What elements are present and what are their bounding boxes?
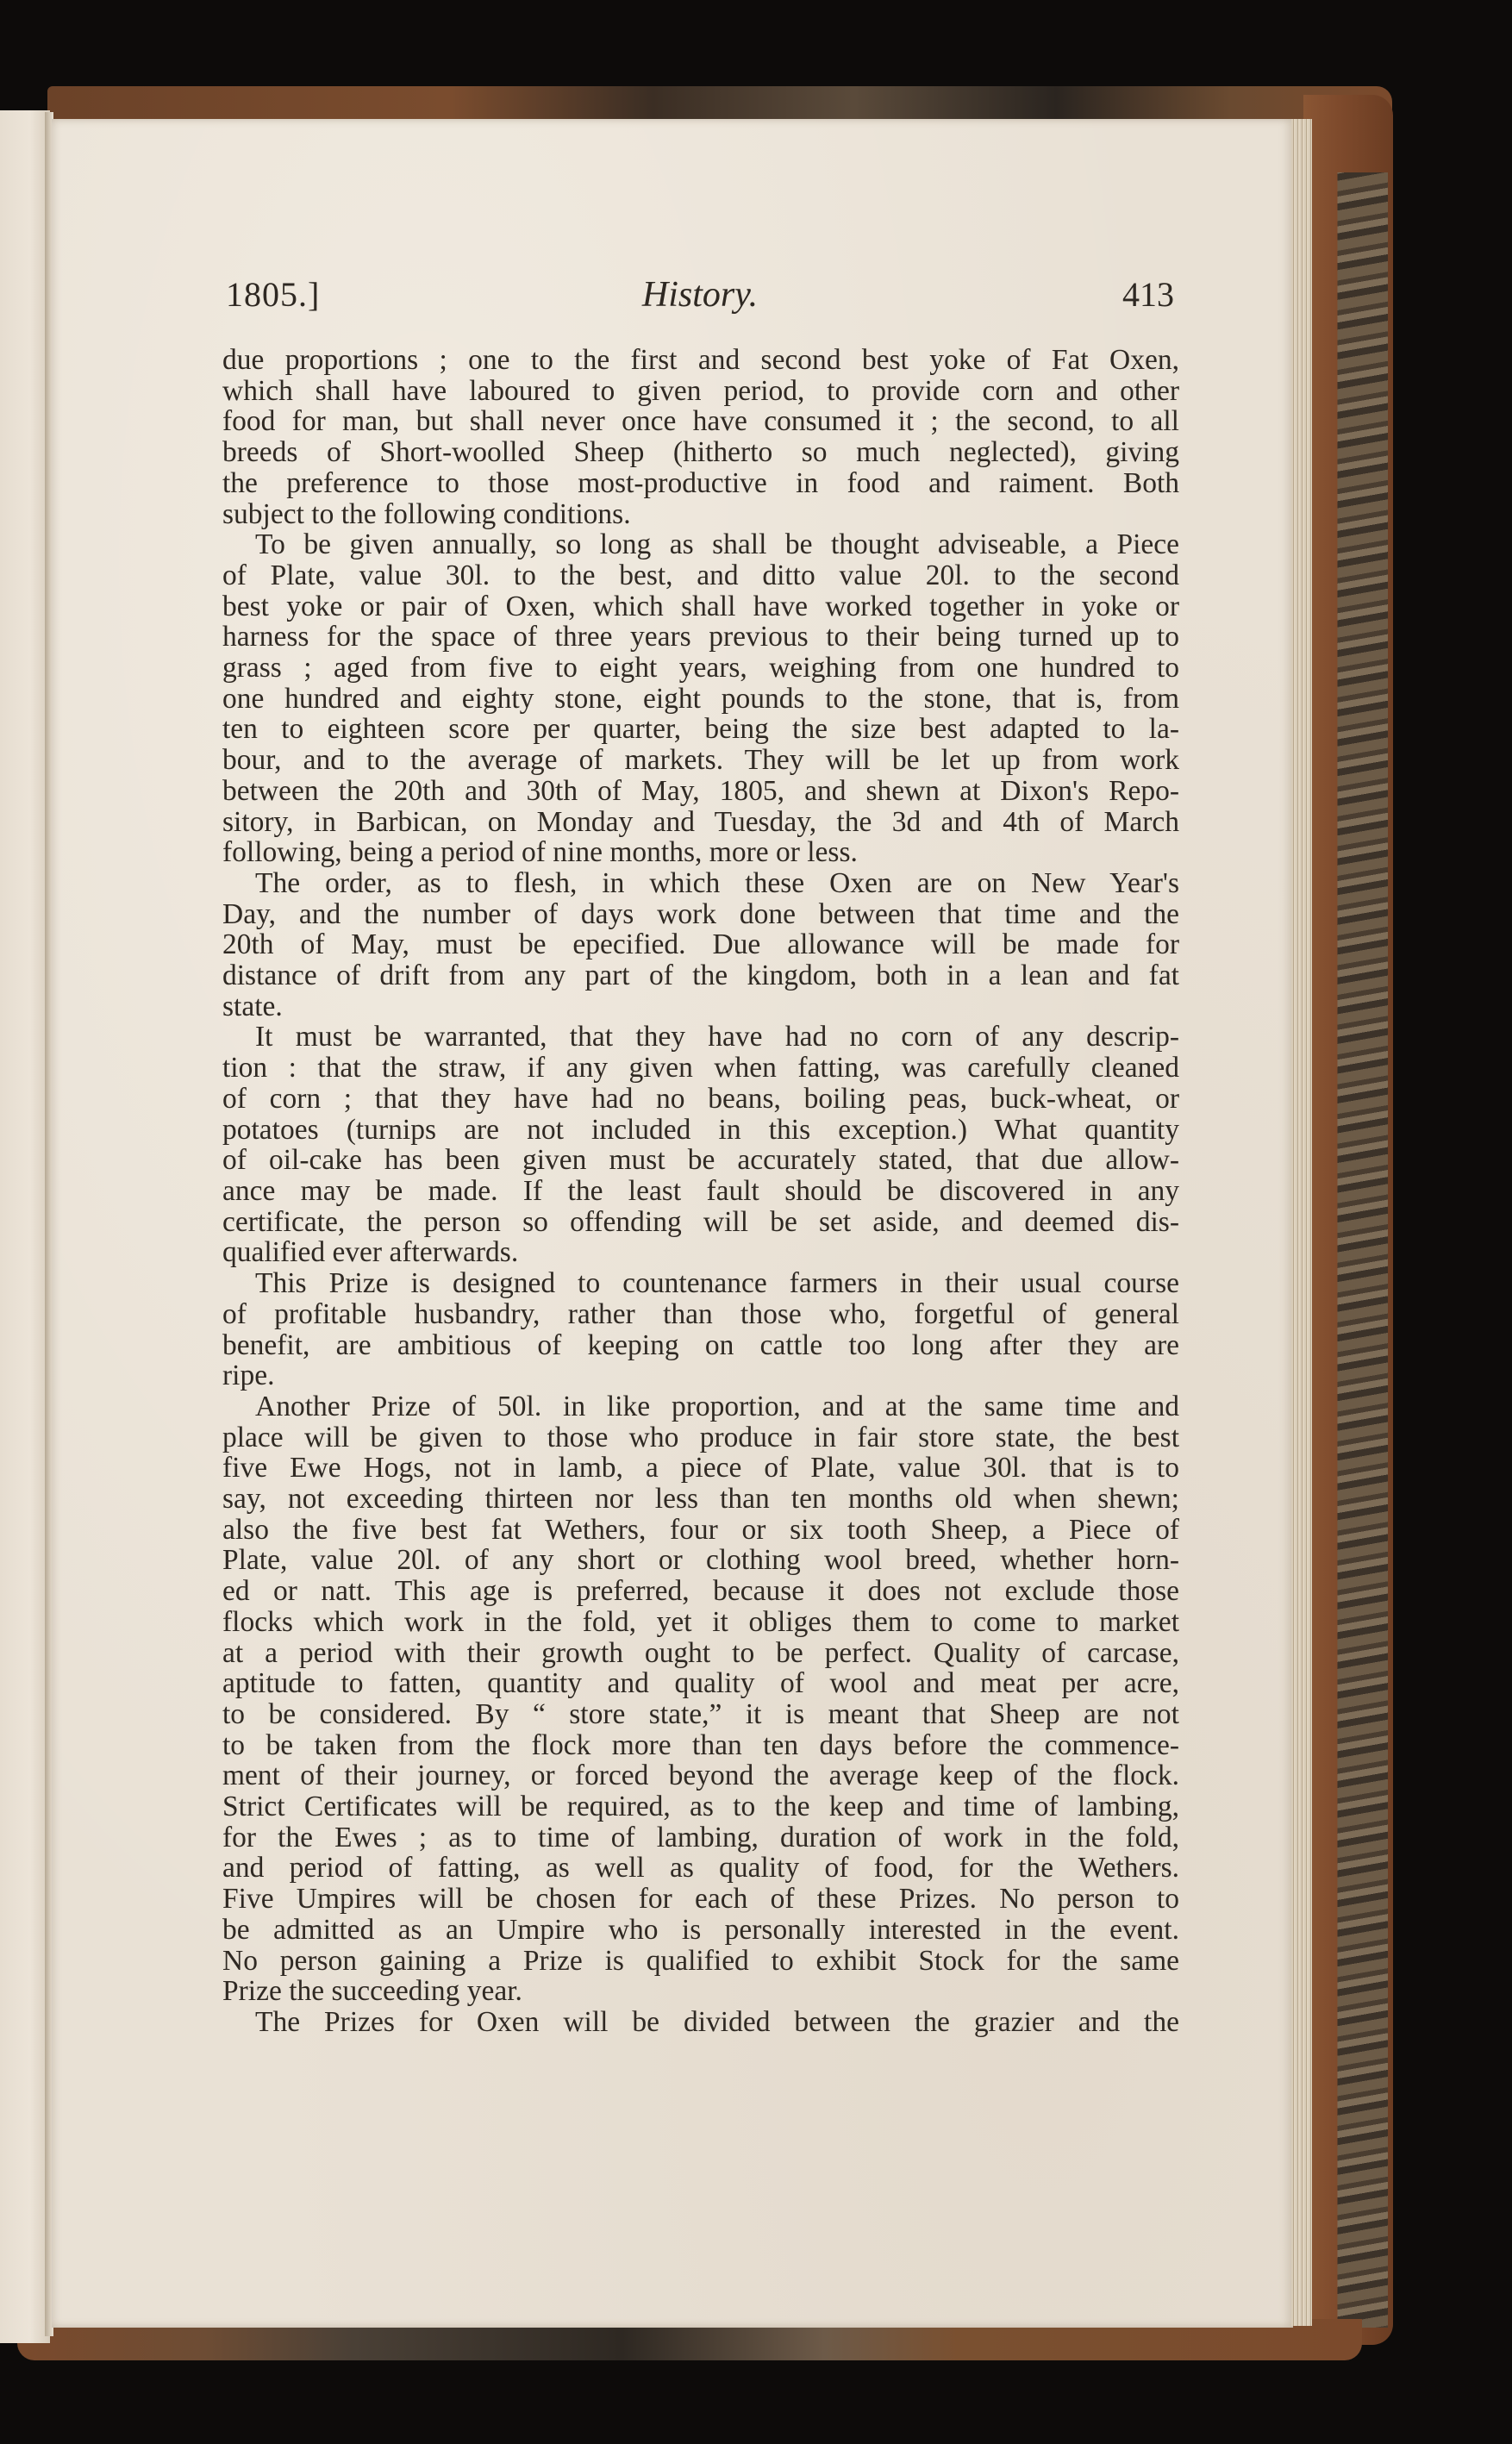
- paragraph: The Prizes for Oxen will be divided betw…: [222, 2007, 1179, 2038]
- text-line: grass ; aged from five to eight years, w…: [222, 653, 1179, 684]
- text-line: of corn ; that they have had no beans, b…: [222, 1084, 1179, 1115]
- text-line: aptitude to fatten, quantity and quality…: [222, 1668, 1179, 1699]
- text-line: tion : that the straw, if any given when…: [222, 1053, 1179, 1084]
- book-cover-top-edge: [47, 86, 1392, 121]
- text-line: following, being a period of nine months…: [222, 837, 1179, 868]
- text-line: best yoke or pair of Oxen, which shall h…: [222, 591, 1179, 622]
- text-line: distance of drift from any part of the k…: [222, 960, 1179, 991]
- text-line: breeds of Short-woolled Sheep (hitherto …: [222, 437, 1179, 468]
- text-line: of Plate, value 30l. to the best, and di…: [222, 560, 1179, 591]
- text-line: which shall have laboured to given perio…: [222, 376, 1179, 407]
- text-line: due proportions ; one to the first and s…: [222, 345, 1179, 376]
- text-line: ance may be made. If the least fault sho…: [222, 1176, 1179, 1207]
- text-line: Another Prize of 50l. in like proportion…: [222, 1391, 1179, 1422]
- text-line: place will be given to those who produce…: [222, 1422, 1179, 1453]
- text-line: also the five best fat Wethers, four or …: [222, 1515, 1179, 1546]
- text-line: ed or natt. This age is preferred, becau…: [222, 1576, 1179, 1607]
- text-line: Plate, value 20l. of any short or clothi…: [222, 1545, 1179, 1576]
- text-line: To be given annually, so long as shall b…: [222, 529, 1179, 560]
- text-line: to be considered. By “ store state,” it …: [222, 1699, 1179, 1730]
- text-line: flocks which work in the fold, yet it ob…: [222, 1607, 1179, 1638]
- body-text: due proportions ; one to the first and s…: [222, 345, 1179, 2038]
- text-line: at a period with their growth ought to b…: [222, 1638, 1179, 1669]
- text-line: Strict Certificates will be required, as…: [222, 1791, 1179, 1822]
- paragraph: It must be warranted, that they have had…: [222, 1022, 1179, 1268]
- text-line: harness for the space of three years pre…: [222, 622, 1179, 653]
- paragraph: This Prize is designed to countenance fa…: [222, 1268, 1179, 1391]
- left-page-sliver: [0, 110, 50, 2343]
- text-line: between the 20th and 30th of May, 1805, …: [222, 776, 1179, 807]
- page-number: 413: [1122, 274, 1174, 315]
- text-line: say, not exceeding thirteen nor less tha…: [222, 1484, 1179, 1515]
- text-line: food for man, but shall never once have …: [222, 406, 1179, 437]
- paragraph: To be given annually, so long as shall b…: [222, 529, 1179, 868]
- text-line: sitory, in Barbican, on Monday and Tuesd…: [222, 807, 1179, 838]
- text-line: This Prize is designed to countenance fa…: [222, 1268, 1179, 1299]
- text-line: 20th of May, must be epecified. Due allo…: [222, 929, 1179, 960]
- running-head-title: History.: [226, 274, 1174, 316]
- paragraph: The order, as to flesh, in which these O…: [222, 868, 1179, 1022]
- text-line: potatoes (turnips are not included in th…: [222, 1115, 1179, 1146]
- text-line: The Prizes for Oxen will be divided betw…: [222, 2007, 1179, 2038]
- text-line: Five Umpires will be chosen for each of …: [222, 1884, 1179, 1915]
- text-line: qualified ever afterwards.: [222, 1237, 1179, 1268]
- paragraph: Another Prize of 50l. in like proportion…: [222, 1391, 1179, 2007]
- text-line: for the Ewes ; as to time of lambing, du…: [222, 1822, 1179, 1853]
- text-line: benefit, are ambitious of keeping on cat…: [222, 1330, 1179, 1361]
- text-line: the preference to those most-productive …: [222, 468, 1179, 499]
- text-line: be admitted as an Umpire who is personal…: [222, 1915, 1179, 1946]
- running-head: 1805.] History. 413: [226, 274, 1174, 326]
- text-line: It must be warranted, that they have had…: [222, 1022, 1179, 1053]
- text-line: state.: [222, 991, 1179, 1022]
- text-line: No person gaining a Prize is qualified t…: [222, 1946, 1179, 1977]
- text-line: one hundred and eighty stone, eight poun…: [222, 684, 1179, 715]
- paragraph: due proportions ; one to the first and s…: [222, 345, 1179, 529]
- text-line: ripe.: [222, 1360, 1179, 1391]
- text-line: certificate, the person so offending wil…: [222, 1207, 1179, 1238]
- text-line: ment of their journey, or forced beyond …: [222, 1760, 1179, 1791]
- text-line: ten to eighteen score per quarter, being…: [222, 714, 1179, 745]
- text-line: to be taken from the flock more than ten…: [222, 1730, 1179, 1761]
- text-line: of oil-cake has been given must be accur…: [222, 1145, 1179, 1176]
- text-line: subject to the following conditions.: [222, 499, 1179, 530]
- text-line: five Ewe Hogs, not in lamb, a piece of P…: [222, 1453, 1179, 1484]
- book-scan: 1805.] History. 413 due proportions ; on…: [0, 0, 1512, 2444]
- text-line: Prize the succeeding year.: [222, 1976, 1179, 2007]
- text-line: and period of fatting, as well as qualit…: [222, 1853, 1179, 1884]
- text-line: bour, and to the average of markets. The…: [222, 745, 1179, 776]
- page-block-edge: [1291, 119, 1312, 2326]
- text-line: Day, and the number of days work done be…: [222, 899, 1179, 930]
- text-line: of profitable husbandry, rather than tho…: [222, 1299, 1179, 1330]
- text-line: The order, as to flesh, in which these O…: [222, 868, 1179, 899]
